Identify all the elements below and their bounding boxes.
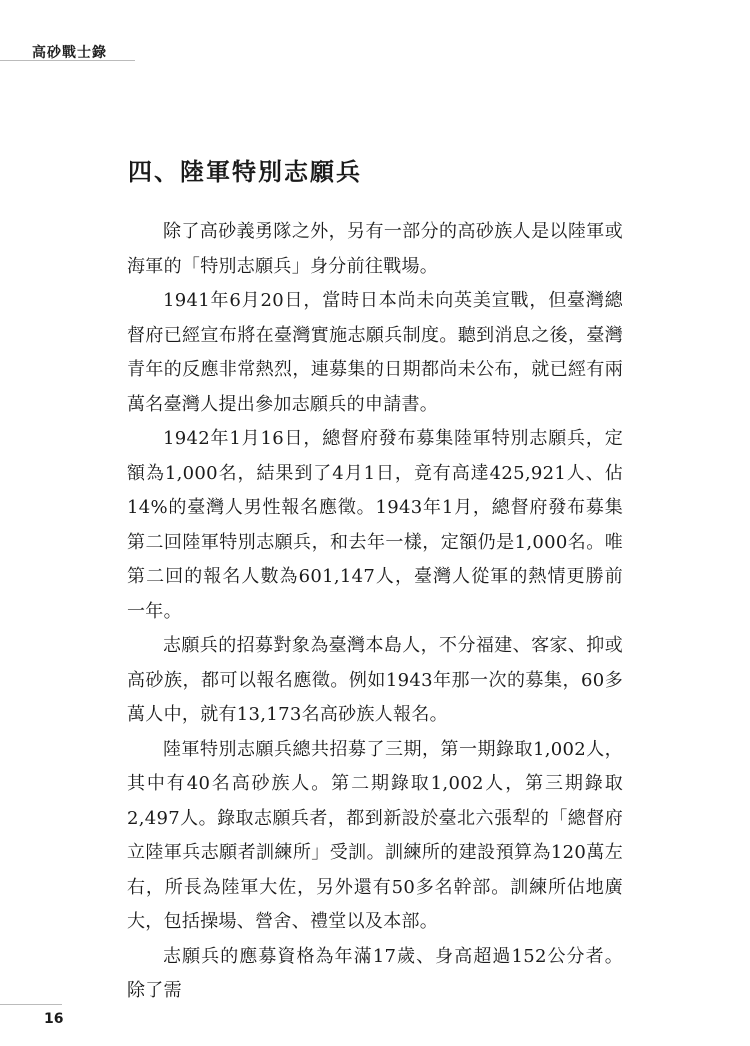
paragraph: 1941年6月20日，當時日本尚未向英美宣戰，但臺灣總督府已經宣布將在臺灣實施志… — [127, 284, 623, 422]
paragraph: 1942年1月16日，總督府發布募集陸軍特別志願兵，定額為1,000名，結果到了… — [127, 422, 623, 629]
running-header-book-title: 高砂戰士錄 — [32, 42, 107, 62]
paragraph: 陸軍特別志願兵總共招募了三期，第一期錄取1,002人，其中有40名高砂族人。第二… — [127, 733, 623, 940]
footer-rule — [0, 1004, 62, 1005]
paragraph: 志願兵的招募對象為臺灣本島人，不分福建、客家、抑或高砂族，都可以報名應徵。例如1… — [127, 629, 623, 733]
body-text: 除了高砂義勇隊之外，另有一部分的高砂族人是以陸軍或海軍的「特別志願兵」身分前往戰… — [127, 215, 623, 1009]
page-number: 16 — [44, 1011, 63, 1027]
header-rule — [0, 60, 135, 61]
paragraph: 志願兵的應募資格為年滿17歲、身高超過152公分者。除了需 — [127, 940, 623, 1009]
chapter-title: 四、陸軍特別志願兵 — [128, 152, 362, 187]
paragraph: 除了高砂義勇隊之外，另有一部分的高砂族人是以陸軍或海軍的「特別志願兵」身分前往戰… — [127, 215, 623, 284]
